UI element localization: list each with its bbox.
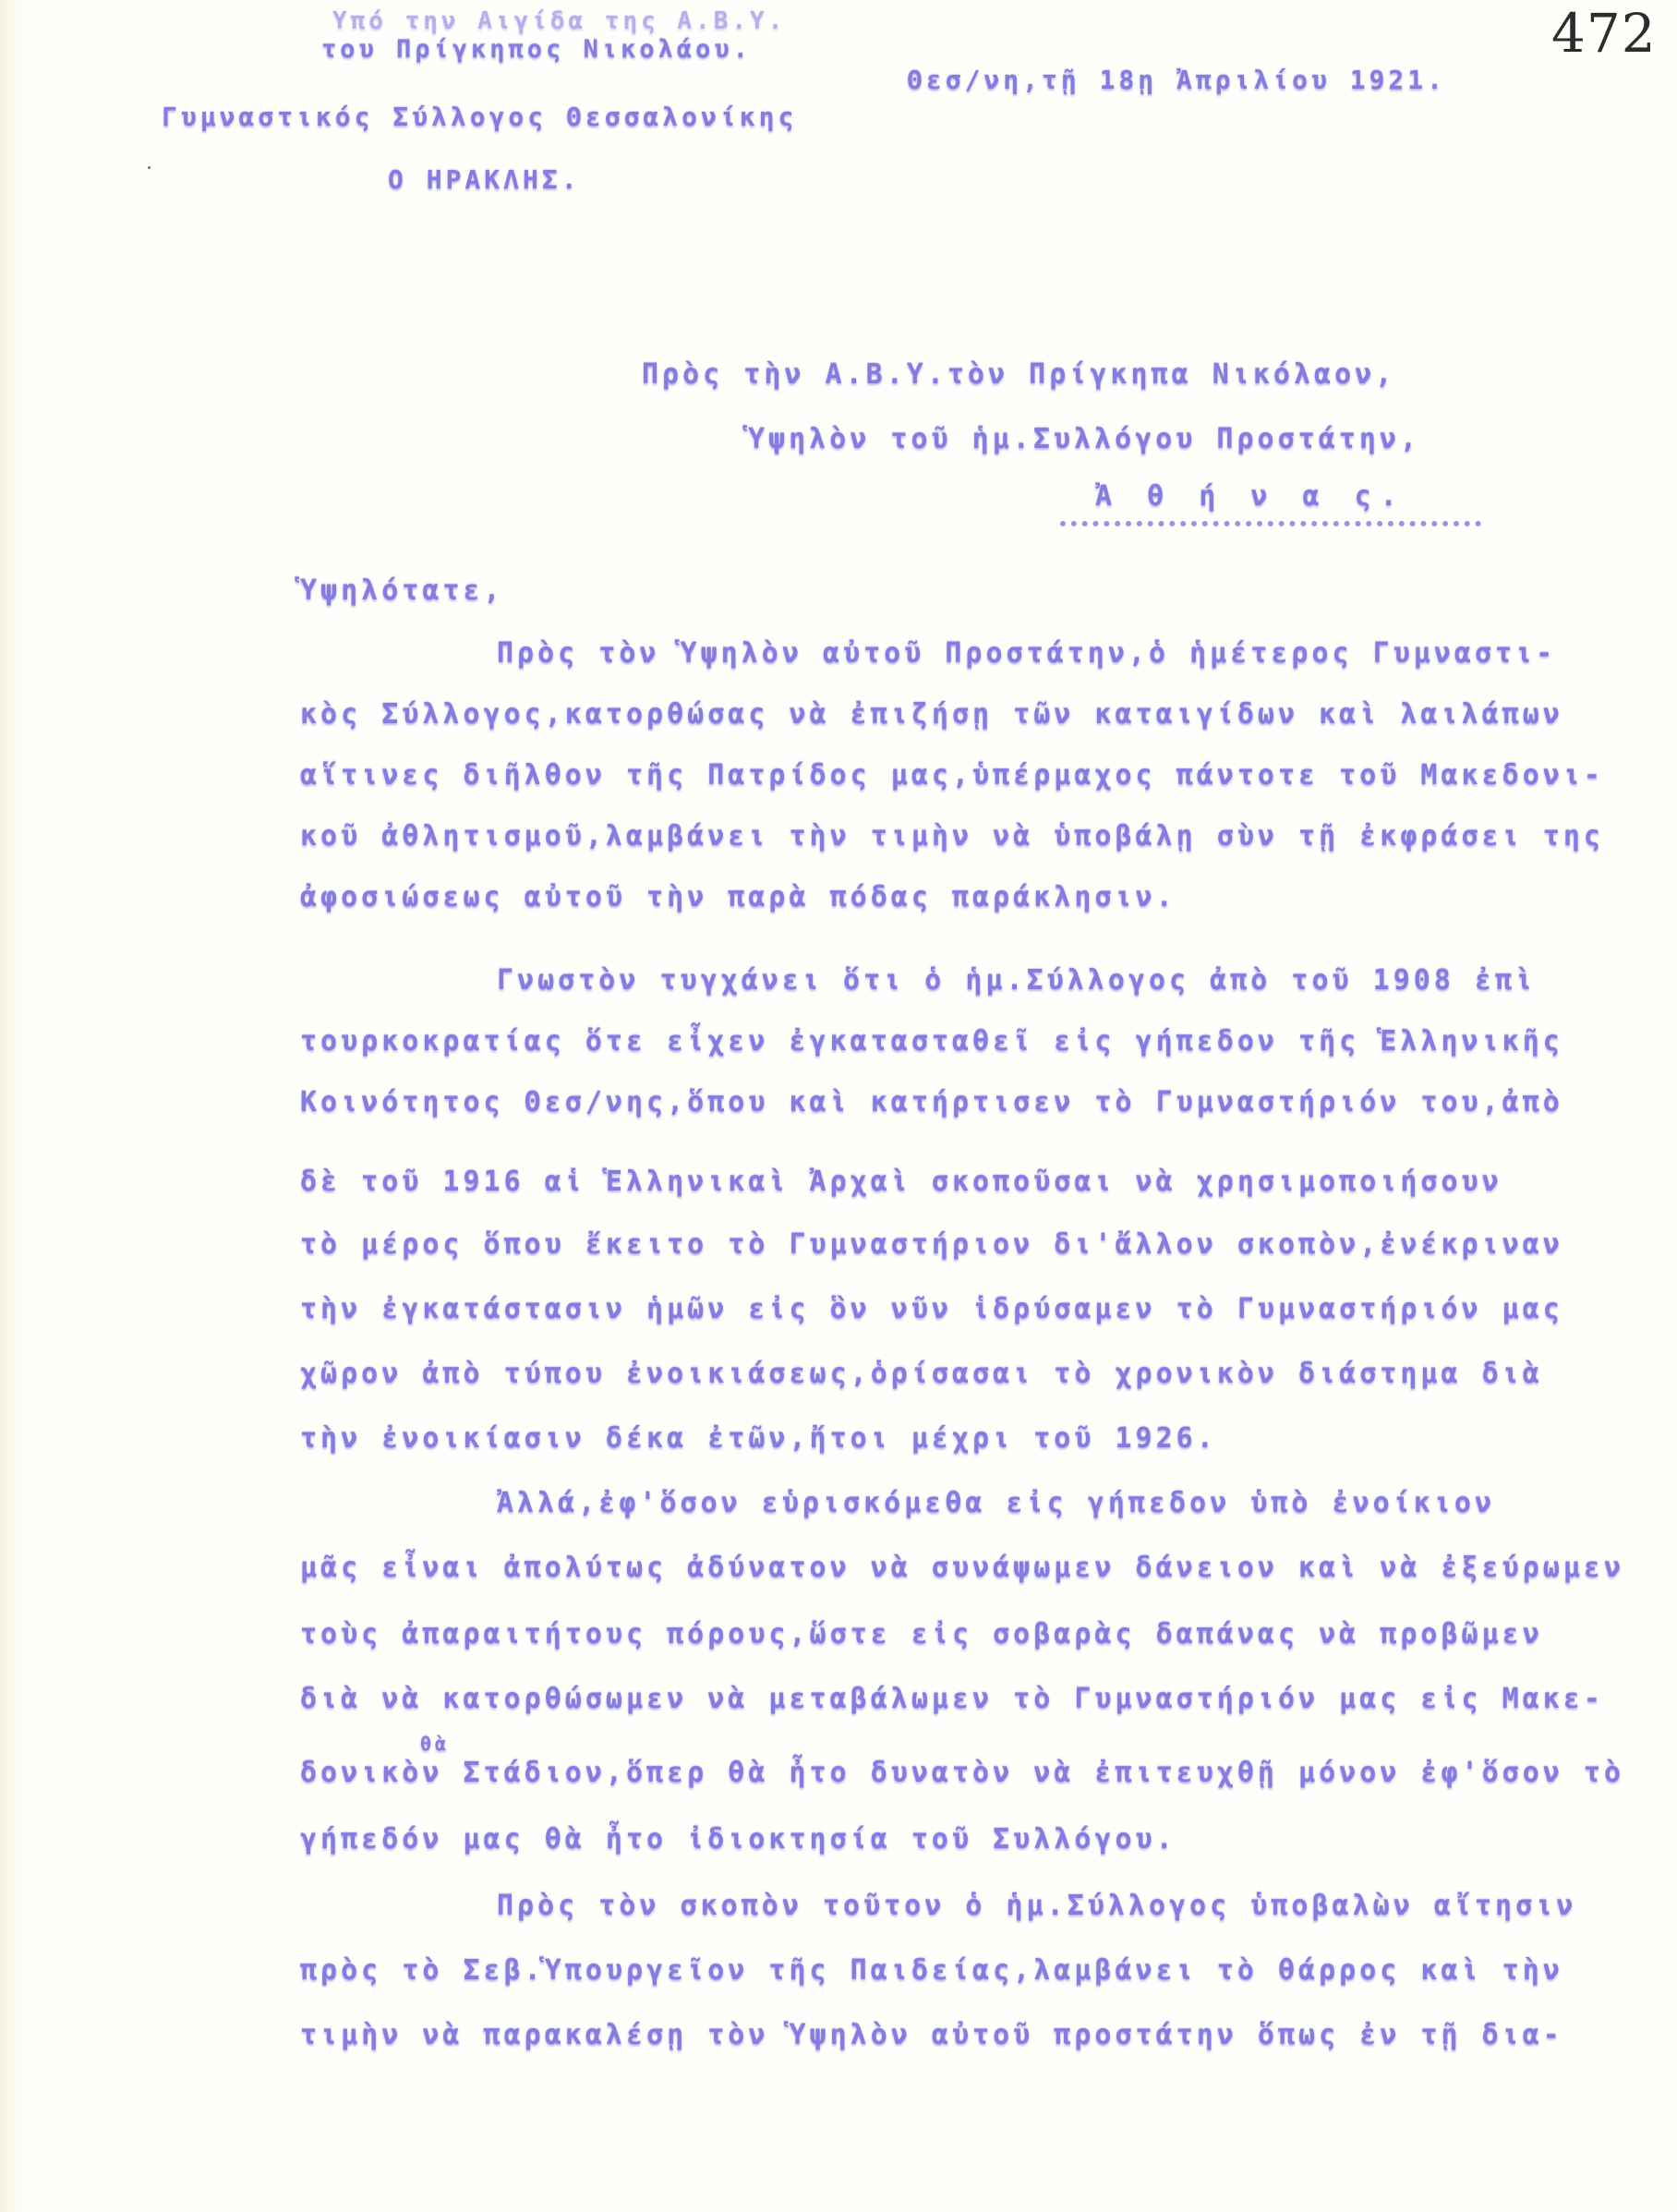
body-line: κὸς Σύλλογος,κατορθώσας νὰ ἐπιζήσῃ τῶν κ… bbox=[300, 698, 1563, 731]
header-line-1: Υπό την Αιγίδα της Α.Β.Υ. bbox=[332, 7, 786, 35]
club-motto: Ο ΗΡΑΚΛΗΣ. bbox=[388, 164, 581, 195]
recipient-line-1: Πρὸς τὴν Α.Β.Υ.τὸν Πρίγκηπα Νικόλαον, bbox=[642, 358, 1395, 391]
body-line: τοὺς ἀπαραιτήτους πόρους,ὥστε εἰς σοβαρὰ… bbox=[300, 1618, 1543, 1650]
body-line: τιμὴν νὰ παρακαλέσῃ τὸν Ὑψηλὸν αὐτοῦ προ… bbox=[300, 2019, 1563, 2051]
interlinear-insert: θὰ bbox=[420, 1733, 450, 1755]
body-line: δὲ τοῦ 1916 αἱ Ἑλληνικαὶ Ἀρχαὶ σκοποῦσαι… bbox=[300, 1166, 1502, 1198]
recipient-city: Ἀ θ ή ν α ς. bbox=[1095, 480, 1406, 513]
body-line: γήπεδόν μας θὰ ἦτο ἰδιοκτησία τοῦ Συλλόγ… bbox=[300, 1823, 1176, 1855]
page-number: 472 bbox=[1551, 2, 1657, 65]
body-line: τὴν ἐγκατάστασιν ἡμῶν εἰς ὃν νῦν ἱδρύσαμ… bbox=[300, 1293, 1563, 1325]
recipient-line-2: Ὑψηλὸν τοῦ ἡμ.Συλλόγου Προστάτην, bbox=[748, 423, 1420, 455]
paper-edge bbox=[0, 0, 28, 2212]
body-line: Πρὸς τὸν σκοπὸν τοῦτον ὁ ἡμ.Σύλλογος ὑπο… bbox=[497, 1890, 1576, 1922]
club-name: Γυμναστικός Σύλλογος Θεσσαλονίκης bbox=[162, 102, 797, 132]
body-line: δονικὸν Στάδιον,ὅπερ θὰ ἦτο δυνατὸν νὰ ἐ… bbox=[300, 1757, 1624, 1789]
body-line: κοῦ ἀθλητισμοῦ,λαμβάνει τὴν τιμὴν νὰ ὑπο… bbox=[300, 820, 1604, 852]
body-line: χῶρον ἀπὸ τύπου ἐνοικιάσεως,ὁρίσασαι τὸ … bbox=[300, 1358, 1543, 1390]
body-line: ἀφοσιώσεως αὐτοῦ τὴν παρὰ πόδας παράκλησ… bbox=[300, 881, 1176, 913]
body-line: Πρὸς τὸν Ὑψηλὸν αὐτοῦ Προστάτην,ὁ ἡμέτερ… bbox=[497, 637, 1556, 670]
ink-speck bbox=[148, 166, 151, 169]
body-line: Κοινότητος Θεσ/νης,ὅπου καὶ κατήρτισεν τ… bbox=[300, 1086, 1563, 1118]
body-line: τὴν ἐνοικίασιν δέκα ἐτῶν,ἤτοι μέχρι τοῦ … bbox=[300, 1422, 1217, 1455]
body-line: διὰ νὰ κατορθώσωμεν νὰ μεταβάλωμεν τὸ Γυ… bbox=[300, 1683, 1604, 1715]
body-line: μᾶς εἶναι ἀπολύτως ἀδύνατον νὰ συνάψωμεν… bbox=[300, 1552, 1624, 1584]
body-line: αἵτινες διῆλθον τῆς Πατρίδος μας,ὑπέρμαχ… bbox=[300, 759, 1604, 792]
body-line: τουρκοκρατίας ὅτε εἶχεν ἐγκατασταθεῖ εἰς… bbox=[300, 1025, 1563, 1058]
body-line: Ἀλλά,ἐφ'ὅσον εὑρισκόμεθα εἰς γήπεδον ὑπὸ… bbox=[497, 1487, 1495, 1519]
header-line-2: του Πρίγκηπος Νικολάου. bbox=[321, 35, 752, 64]
salutation: Ὑψηλότατε, bbox=[300, 574, 504, 607]
body-line: Γνωστὸν τυγχάνει ὅτι ὁ ἡμ.Σύλλογος ἀπὸ τ… bbox=[497, 964, 1536, 997]
city-underline bbox=[1060, 521, 1481, 526]
body-line: τὸ μέρος ὅπου ἔκειτο τὸ Γυμναστήριον δι'… bbox=[300, 1228, 1563, 1261]
letter-date: Θεσ/νη,τῇ 18ῃ Ἀπριλίου 1921. bbox=[907, 65, 1446, 95]
body-line: πρὸς τὸ Σεβ.Ὑπουργεῖον τῆς Παιδείας,λαμβ… bbox=[300, 1954, 1563, 1987]
